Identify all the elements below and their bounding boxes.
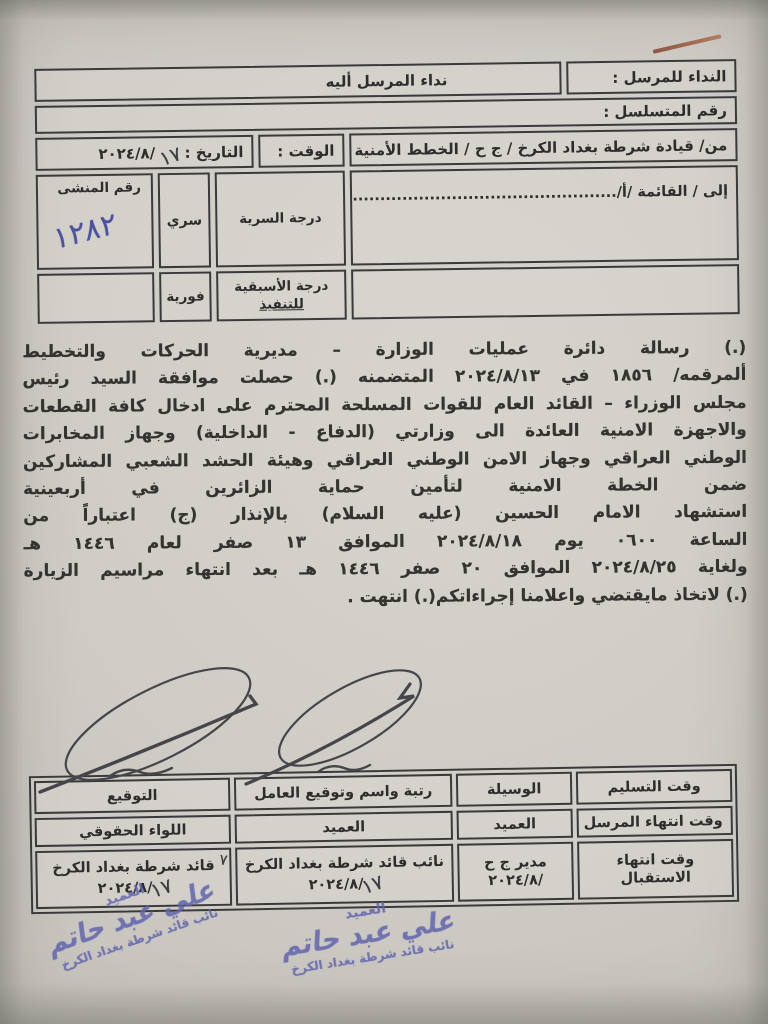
secrecy-degree-label: درجة السرية — [215, 171, 346, 268]
header-table: النداء للمرسل : نداء المرسل أليه رقم الم… — [34, 59, 739, 324]
reception-end-line1: وقت انتهاء — [616, 851, 694, 869]
operations-director-title: مدير ج ح — [484, 854, 547, 872]
handwritten-origin-number: ١٢٨٢ — [52, 206, 118, 258]
legal-brigadier-value: اللواء الحقوقي — [35, 815, 231, 847]
sender-end-time-label: وقت انتهاء المرسل — [576, 806, 732, 838]
priority-label-line1: درجة الأسبقية — [234, 277, 328, 295]
time-field: الوقت : — [258, 134, 344, 168]
origin-number-label: رقم المنشى — [57, 179, 141, 197]
body-line: (.) لاتخاذ مايقتضي واعلامنا إجراءاتكم(.)… — [24, 581, 748, 613]
priority-value: فورية — [159, 271, 212, 322]
rank-value: العميد — [235, 811, 453, 844]
body-line: مجلس الوزراء – القائد العام للقوات المسل… — [23, 390, 747, 422]
delivery-time-header: وقت التسليم — [576, 769, 733, 805]
means-value: العميد — [457, 809, 573, 840]
signature-header: التوقيع — [34, 778, 231, 814]
serial-number-label: رقم المتسلسل : — [35, 96, 737, 134]
body-line: استشهاد الامام الحسين (عليه السلام) بالإ… — [23, 499, 747, 531]
empty-cell-small — [37, 272, 155, 324]
body-line: الوطني العراقي وجهاز الامن الوطني العراق… — [23, 444, 747, 476]
rank-name-signature-header: رتبة واسم وتوقيع العامل — [234, 774, 453, 811]
message-body: (.) رسالة دائرة عمليات الوزارة – مديرية … — [22, 335, 748, 613]
deputy-commander-title: نائب قائد شرطة بغداد الكرخ — [245, 854, 444, 874]
deputy-commander-date: ١٧٢٠٢٤/٨/ — [308, 873, 381, 894]
date-printed-value: ٢٠٢٤/٨/ — [98, 144, 155, 163]
call-to-addressee-value: نداء المرسل أليه — [34, 62, 561, 102]
body-line: ولغاية ٢٠٢٤/٨/٢٥ الموافق ٢٠ صفر ١٤٤٦ هـ … — [24, 554, 748, 586]
priority-label-line2: للتنفيذ — [259, 296, 304, 314]
printed-date: ٢٠٢٤/٨/ — [309, 876, 364, 893]
handwritten-day: ١٧ — [359, 873, 385, 896]
body-line: والاجهزة الامنية العائدة الى وزارتي (الد… — [23, 417, 747, 449]
body-line: ألمرقمه/ ١٨٥٦ في ٢٠٢٤/٨/١٣ المتضمنه (.) … — [22, 362, 746, 394]
operations-director-cell: مدير ج ح ٢٠٢٤/٨/ — [457, 842, 574, 902]
means-header: الوسيلة — [456, 772, 573, 807]
empty-cell-wide — [351, 264, 740, 319]
operations-director-date: ٢٠٢٤/٨/ — [488, 872, 543, 890]
secrecy-degree-value: سري — [158, 172, 211, 268]
call-to-sender-label: النداء للمرسل : — [566, 59, 736, 94]
handwritten-date-day: ١٧ — [156, 141, 184, 171]
priority-degree-label: درجة الأسبقية للتنفيذ — [216, 270, 347, 322]
body-line: (.) رسالة دائرة عمليات الوزارة – مديرية … — [22, 335, 746, 367]
reception-end-line2: الاستقبال — [620, 869, 691, 887]
date-field: التاريخ : ١٧ ٢٠٢٤/٨/ — [35, 135, 253, 171]
from-field: من/ قيادة شرطة بغداد الكرخ / ج ح / الخطط… — [349, 128, 737, 166]
origin-number-cell: رقم المنشى ١٢٨٢ — [36, 173, 154, 270]
body-line: الساعة ٠٦٠٠ يوم ٢٠٢٤/٨/١٨ الموافق ١٣ صفر… — [23, 527, 747, 559]
to-field: إلى / القائمة /أ/.......................… — [350, 165, 739, 265]
date-label: التاريخ : — [184, 143, 243, 162]
reception-end-time-label: وقت انتهاء الاستقبال — [577, 839, 734, 900]
body-line: ضمن الخطة الامنية لتأمين حماية الزائرين … — [23, 472, 747, 504]
